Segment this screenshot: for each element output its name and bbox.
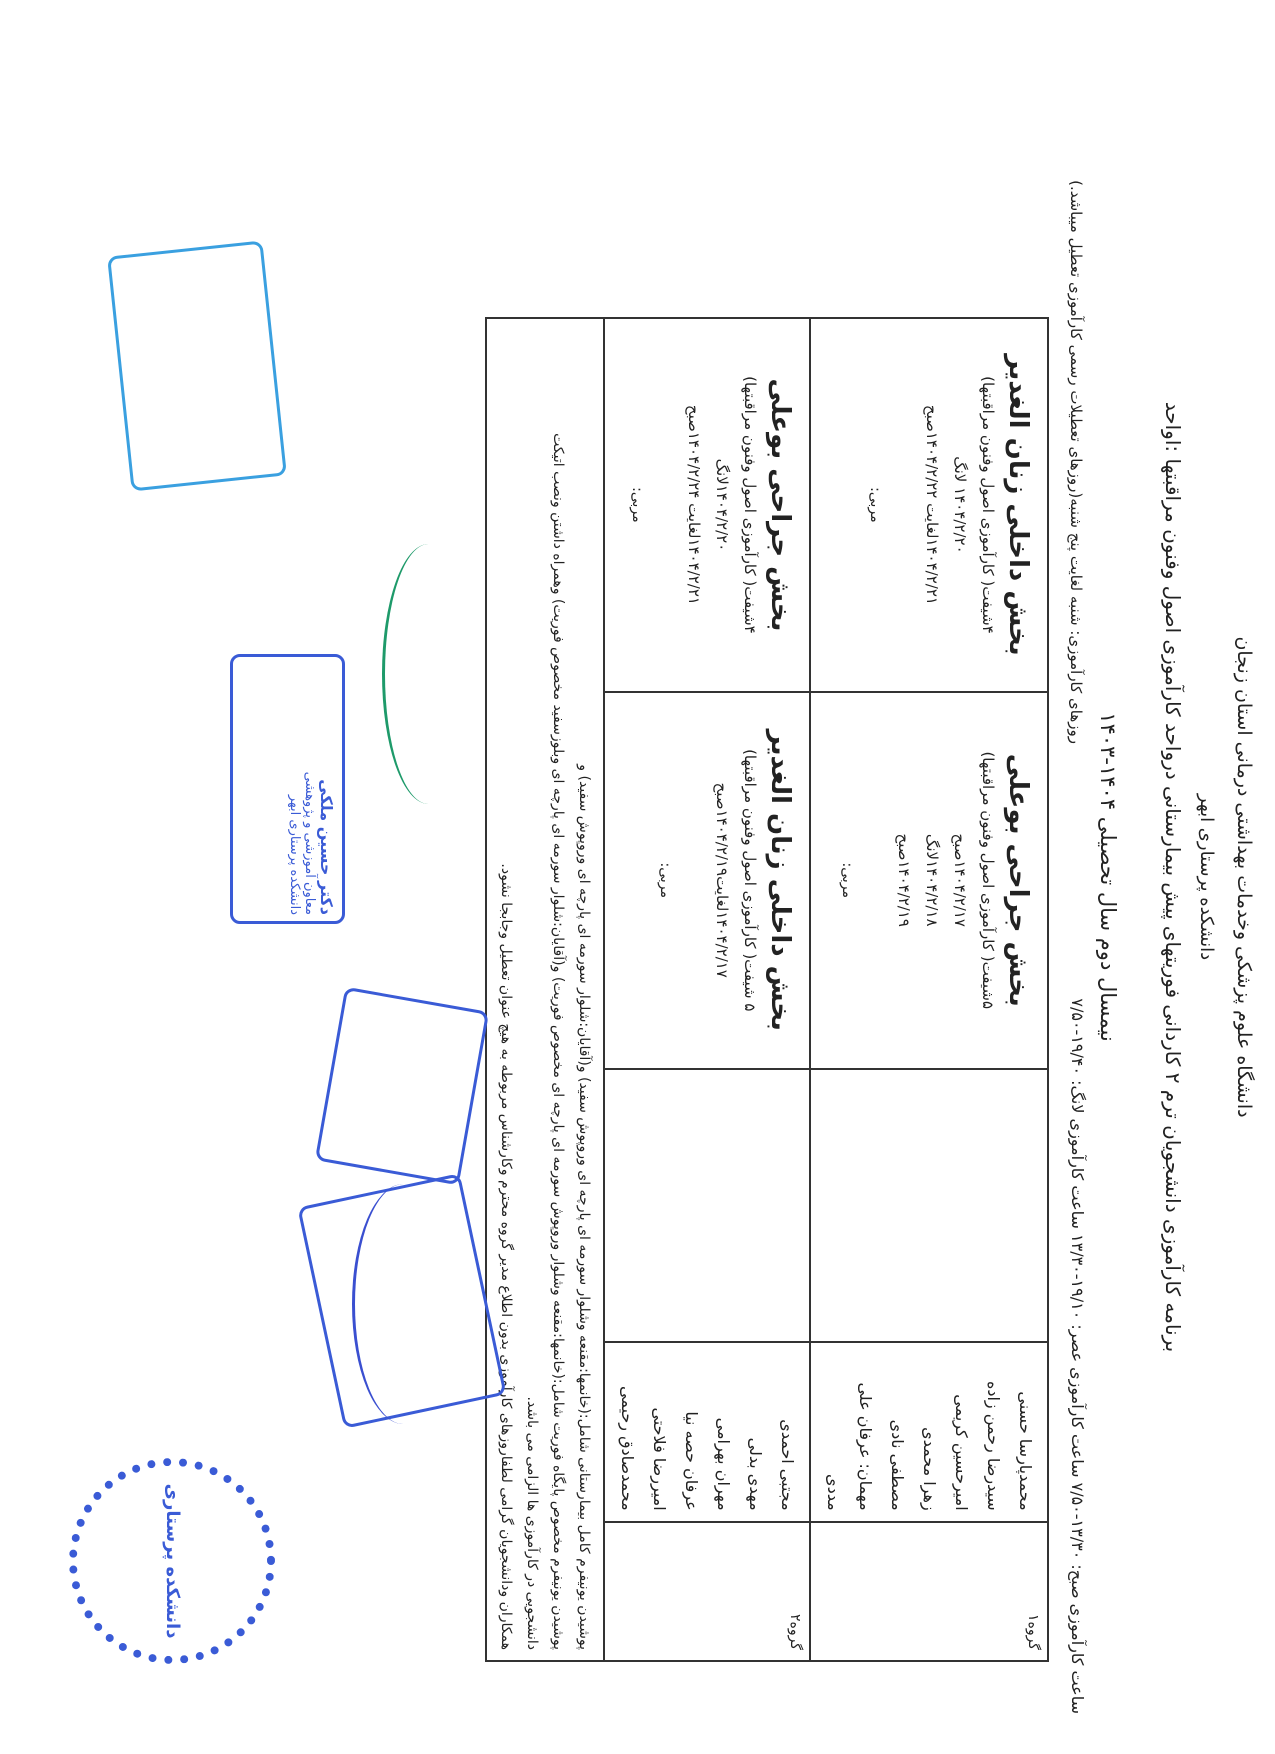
note: پوشیدن یونیفرم کامل بیمارستانی شامل:(خان… — [571, 329, 597, 1650]
student: محمدصادق رحیمی — [611, 1353, 643, 1510]
group-label: گروه۲ — [604, 1522, 810, 1661]
program-title: برنامه کارآموزی دانشجویان ترم ۲ کاردانی … — [1161, 0, 1185, 1754]
date: ۱۴۰۴/۲/۱۹صبح — [895, 703, 913, 1058]
student-list: مجتبی احمدی مهدی بدلی مهران بهرامی عرفان… — [604, 1342, 810, 1521]
group-label: گروه۱ — [810, 1522, 1048, 1661]
training-hours: ساعت کارآموزی صبح: ۱۳/۳۰-۷/۵۰ ساعت کارآم… — [1068, 998, 1087, 1714]
shift-count: ۴شیفت( کارآموزی اصول وفنون مراقبتها) — [741, 329, 759, 681]
coach-label: مربی: — [867, 329, 883, 681]
ward-name: بخش داخلی زنان الغدیر — [765, 703, 795, 1058]
date: ۱۴۰۴/۲/۱۷صبح — [951, 703, 969, 1058]
student: امیرحسین کریمی — [945, 1353, 977, 1510]
signature-icon — [352, 1184, 455, 1424]
ward-name: بخش جراحی بوعلی — [1003, 703, 1033, 1058]
schedule-table: گروه۱ محمدپارسا حسنی سیدرضا رحمن زاده ام… — [485, 317, 1049, 1662]
stamp-4 — [107, 240, 287, 491]
note: همکاران ودانشجویان گرامی لطفاروزهای کارآ… — [493, 329, 519, 1650]
training-days: روزهای کارآموزی: شنبه لغایت پنج شنبه(روز… — [1067, 180, 1085, 744]
student: عرفان حصه نیا — [675, 1353, 707, 1510]
shift-count: ۵ شیفت( کارآموزی اصول وفنون مراقبتها) — [741, 703, 759, 1058]
note: پوشیدن یونیفرم مخصوص پایگاه فوریت شامل:(… — [545, 329, 571, 1650]
date: ۱۴۰۴/۲/۱۸لانگ — [923, 703, 941, 1058]
note: دانشجویی در کارآموزی ها الزامی می باشد. — [519, 329, 545, 1650]
signature-cell — [810, 1069, 1048, 1343]
semester-title: نیمسال دوم سال تحصیلی ۱۴۰۴-۱۴۰۳ — [1096, 0, 1120, 1754]
stamp-3 — [315, 987, 489, 1186]
deputy-stamp: دکتر حسین ملکی معاون آموزشی و پژوهشی دان… — [230, 654, 345, 924]
signature-cell — [604, 1069, 810, 1343]
coach-label: مربی: — [839, 703, 855, 1058]
document-page: دانشگاه علوم پزشکی وخدمات بهداشتی درمانی… — [0, 0, 1275, 1754]
university-title: دانشگاه علوم پزشکی وخدمات بهداشتی درمانی… — [1233, 0, 1255, 1754]
deputy-org: دانشکده پرستاری ابهر — [287, 663, 302, 915]
student-list: محمدپارسا حسنی سیدرضا رحمن زاده امیرحسین… — [810, 1342, 1048, 1521]
date: ۱۴۰۴/۲/۲۰لانگ — [713, 329, 731, 681]
signature-icon — [382, 544, 475, 804]
shift-count: ۴شیفت( کارآموزی اصول وفنون مراقبتها) — [979, 329, 997, 681]
coach-label: مربی: — [657, 703, 673, 1058]
ward-name: بخش جراحی بوعلی — [765, 329, 795, 681]
date: ۱۴۰۴/۲/۲۱لغایت ۱۴۰۴/۲/۲۴صبح — [685, 329, 703, 681]
deputy-title: معاون آموزشی و پژوهشی — [302, 663, 317, 915]
rotation-cell: بخش جراحی بوعلی ۵شیفت( کارآموزی اصول وفن… — [810, 692, 1048, 1069]
student: امیررضا فلاحتی — [643, 1353, 675, 1510]
date: ۱۴۰۴/۲/۲۰ لانگ — [951, 329, 969, 681]
student: مهدی بدلی — [739, 1353, 771, 1510]
student: سیدرضا رحمن زاده — [977, 1353, 1009, 1510]
rotation-cell: بخش داخلی زنان الغدیر ۴شیفت( کارآموزی اص… — [810, 318, 1048, 692]
student: مهمان: عرفان علی مددی — [817, 1353, 881, 1510]
date: ۱۴۰۴/۲/۲۱لغایت ۱۴۰۴/۲/۲۲صبح — [923, 329, 941, 681]
deputy-name: دکتر حسین ملکی — [317, 663, 336, 915]
faculty-title: دانشکده پرستاری ابهر — [1196, 0, 1217, 1754]
round-seal-icon: دانشکده پرستاری آموزش — [69, 1458, 275, 1664]
ward-name: بخش داخلی زنان الغدیر — [1003, 329, 1033, 681]
coach-label: مربی: — [629, 329, 645, 681]
group-1-row: گروه۱ محمدپارسا حسنی سیدرضا رحمن زاده ام… — [810, 318, 1048, 1661]
notes-cell: پوشیدن یونیفرم کامل بیمارستانی شامل:(خان… — [486, 318, 604, 1661]
date: ۱۴۰۴/۲/۱۷لغایت۱۴۰۴/۲/۱۹صبح — [713, 703, 731, 1058]
rotation-cell: بخش داخلی زنان الغدیر ۵ شیفت( کارآموزی ا… — [604, 692, 810, 1069]
shift-count: ۵شیفت( کارآموزی اصول وفنون مراقبتها) — [979, 703, 997, 1058]
rotation-cell: بخش جراحی بوعلی ۴شیفت( کارآموزی اصول وفن… — [604, 318, 810, 692]
student: مصطفی نادی — [881, 1353, 913, 1510]
student: مهران بهرامی — [707, 1353, 739, 1510]
student: زهرا محمدی — [913, 1353, 945, 1510]
notes-row: پوشیدن یونیفرم کامل بیمارستانی شامل:(خان… — [486, 318, 604, 1661]
student: مجتبی احمدی — [771, 1353, 803, 1510]
student: محمدپارسا حسنی — [1009, 1353, 1041, 1510]
group-2-row: گروه۲ مجتبی احمدی مهدی بدلی مهران بهرامی… — [604, 318, 810, 1661]
